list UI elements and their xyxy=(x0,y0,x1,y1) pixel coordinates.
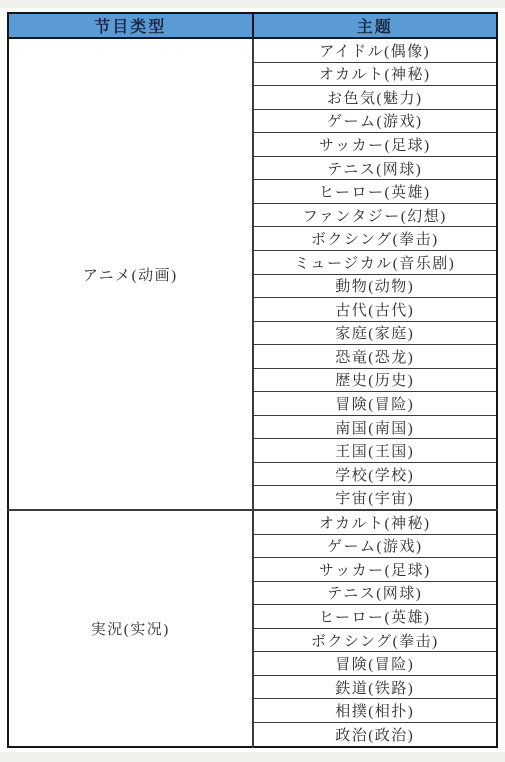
table-row: アニメ(动画)アイドル(偶像) xyxy=(8,38,497,62)
theme-cell: サッカー(足球) xyxy=(253,558,498,582)
theme-cell: ボクシング(拳击) xyxy=(253,227,498,251)
theme-cell: 宇宙(宇宙) xyxy=(253,486,498,510)
topics-table: 节目类型 主题 アニメ(动画)アイドル(偶像)オカルト(神秘)お色気(魅力)ゲー… xyxy=(7,12,498,748)
theme-cell: オカルト(神秘) xyxy=(253,510,498,534)
theme-cell: 冒険(冒险) xyxy=(253,652,498,676)
page: { "page": { "background": "#efefec", "sh… xyxy=(0,0,505,762)
table-header: 节目类型 主题 xyxy=(8,13,497,38)
theme-cell: ヒーロー(英雄) xyxy=(253,605,498,629)
header-row: 节目类型 主题 xyxy=(8,13,497,38)
program-type-cell: 実況(实况) xyxy=(8,510,253,747)
theme-cell: テニス(网球) xyxy=(253,156,498,180)
theme-cell: 鉄道(铁路) xyxy=(253,675,498,699)
theme-cell: テニス(网球) xyxy=(253,581,498,605)
theme-cell: 学校(学校) xyxy=(253,462,498,486)
program-type-cell: アニメ(动画) xyxy=(8,38,253,510)
table-body: アニメ(动画)アイドル(偶像)オカルト(神秘)お色気(魅力)ゲーム(游戏)サッカ… xyxy=(8,38,497,747)
theme-cell: ヒーロー(英雄) xyxy=(253,180,498,204)
theme-cell: 政治(政治) xyxy=(253,723,498,748)
theme-cell: 王国(王国) xyxy=(253,439,498,463)
theme-cell: ミュージカル(音乐剧) xyxy=(253,250,498,274)
theme-cell: サッカー(足球) xyxy=(253,133,498,157)
table-row: 実況(实况)オカルト(神秘) xyxy=(8,510,497,534)
theme-cell: 恐竜(恐龙) xyxy=(253,345,498,369)
theme-cell: 家庭(家庭) xyxy=(253,321,498,345)
theme-cell: 南国(南国) xyxy=(253,415,498,439)
column-header-program-type: 节目类型 xyxy=(8,13,253,38)
theme-cell: ファンタジー(幻想) xyxy=(253,203,498,227)
column-header-theme: 主题 xyxy=(253,13,498,38)
theme-cell: 冒険(冒险) xyxy=(253,392,498,416)
theme-cell: 動物(动物) xyxy=(253,274,498,298)
theme-cell: ゲーム(游戏) xyxy=(253,109,498,133)
theme-cell: オカルト(神秘) xyxy=(253,62,498,86)
theme-cell: 歴史(历史) xyxy=(253,368,498,392)
theme-cell: お色気(魅力) xyxy=(253,86,498,110)
theme-cell: ゲーム(游戏) xyxy=(253,534,498,558)
theme-cell: 相撲(相扑) xyxy=(253,699,498,723)
theme-cell: ボクシング(拳击) xyxy=(253,628,498,652)
theme-cell: 古代(古代) xyxy=(253,298,498,322)
theme-cell: アイドル(偶像) xyxy=(253,38,498,62)
